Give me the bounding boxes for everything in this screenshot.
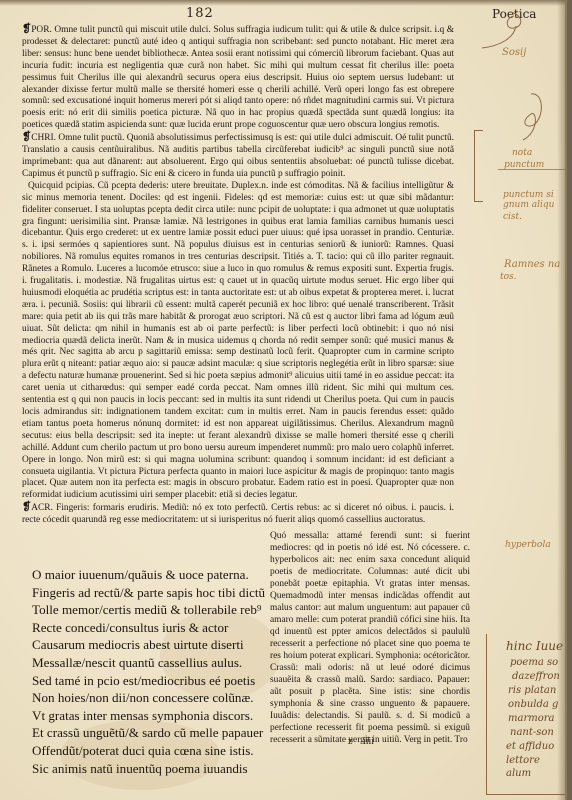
commentary-section-quicquid: Quicquid pcipias. Cũ pcepta dederis: ute… <box>22 181 454 502</box>
section-text: Omne tulit punctũ qui miscuit utile dulc… <box>22 25 454 130</box>
marginal-note-ramnes: tos. <box>500 272 517 282</box>
marginal-rule <box>498 169 567 170</box>
marginal-note-hinc: dazeffron <box>512 670 560 683</box>
verse-line: Vt gratas inter mensas symphonia discors… <box>32 707 264 725</box>
marginal-note-hinc: et affiduo <box>506 740 554 753</box>
section-lemma: ACR. <box>31 503 53 513</box>
pilcrow-icon: ❡ <box>22 131 31 143</box>
verse-line: Tolle memor/certis mediũ & tollerabile r… <box>32 601 264 619</box>
commentary-section-por: ❡POR. Omne tulit punctũ qui miscuit util… <box>22 24 454 132</box>
signature-mark: z iiii <box>348 736 374 747</box>
verse-line: Fingeris ad rectũ/& parte sapis hoc tibi… <box>32 584 264 602</box>
commentary-block: ❡POR. Omne tulit punctũ qui miscuit util… <box>22 24 454 527</box>
marginal-note-hyperbola: hyperbola <box>505 540 551 550</box>
marginal-note-hinc: onbulda g <box>508 698 558 711</box>
marginal-note-hinc: marmora <box>508 712 554 725</box>
marginal-note-punctum-signum: cist. <box>503 212 522 222</box>
right-column-text: Quó messalla: attamé ferendi sunt: si fu… <box>270 531 470 745</box>
commentary-right-column: Quó messalla: attamé ferendi sunt: si fu… <box>270 530 470 746</box>
marginal-note-hinc: ris platan <box>508 684 556 697</box>
marginal-note-hinc: hinc Iuue <box>506 640 563 653</box>
section-text: Omne tulit puctũ. Quoniã absolutissimus … <box>22 133 454 179</box>
marginal-flourish-icon <box>515 84 555 144</box>
verse-line: Causarum mediocris abest uirtute diserti <box>32 636 264 654</box>
verse-line: O maior iuuenum/quãuis & uoce paterna. <box>32 566 264 584</box>
verse-block: O maior iuuenum/quãuis & uoce paterna. F… <box>32 566 264 777</box>
marginal-note-hinc: poema so <box>510 656 558 669</box>
pilcrow-icon: ❡ <box>22 501 31 513</box>
verse-line: Offendũt/poterat duci quia cœna sine ist… <box>32 742 264 760</box>
marginal-note-nota: nota <box>512 148 532 158</box>
pilcrow-icon: ❡ <box>22 23 31 35</box>
marginal-bracket <box>474 130 483 202</box>
marginal-note-hinc: lettore alum <box>506 754 565 780</box>
book-page: 182 Poetica ❡POR. Omne tulit punctũ qui … <box>0 0 567 800</box>
section-text: Quicquid pcipias. Cũ pcepta dederis: ute… <box>22 181 454 501</box>
section-lemma: CHRI. <box>31 133 56 143</box>
commentary-section-chri: ❡CHRI. Omne tulit puctũ. Quoniã absoluti… <box>22 132 454 181</box>
marginal-note-sosii: Sosij <box>502 48 526 58</box>
commentary-section-acr: ❡ACR. Fingeris: formaris erudiris. Mediũ… <box>22 502 454 527</box>
verse-line: Sic animis natũ inuentũq poema iuuandis <box>32 760 264 778</box>
verse-line: Messallæ/nescit quantũ cassellius aulus. <box>32 654 264 672</box>
folio-number: 182 <box>186 6 214 21</box>
marginal-note-punctum-signum: gnum aliqu <box>503 200 554 210</box>
section-text: Fingeris: formaris erudiris. Mediũ: nó e… <box>22 503 454 525</box>
verse-line: Recte concedi/consultus iuris & actor <box>32 619 264 637</box>
marginal-note-punctum-signum: punctum si <box>503 190 554 200</box>
section-lemma: POR. <box>31 25 52 35</box>
marginal-note-ramnes: Ramnes na <box>504 260 560 270</box>
verse-line: Non hoies/non dii/non concessere colũnæ. <box>32 689 264 707</box>
marginal-note-hinc: nant-son <box>510 726 554 739</box>
verse-line: Et crassũ unguẽtũ/& sardo cũ melle papau… <box>32 724 264 742</box>
verse-line: Sed tamé in pcio est/mediocribus eé poet… <box>32 672 264 690</box>
